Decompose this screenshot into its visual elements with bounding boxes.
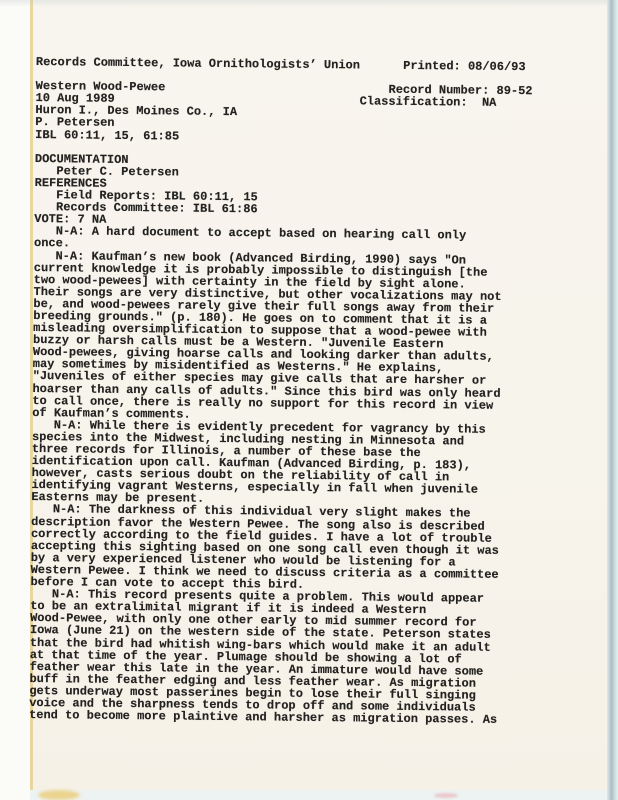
scan-artifact-yellow bbox=[38, 790, 80, 800]
scan-artifact-pink bbox=[434, 793, 458, 798]
scanner-background bbox=[30, 790, 607, 800]
document-text: Records Committee, Iowa Ornithologists’ … bbox=[29, 56, 556, 727]
scan-top-edge bbox=[0, 0, 618, 7]
scan-right-edge bbox=[607, 0, 618, 800]
scanned-document: Records Committee, Iowa Ornithologists’ … bbox=[0, 0, 618, 800]
